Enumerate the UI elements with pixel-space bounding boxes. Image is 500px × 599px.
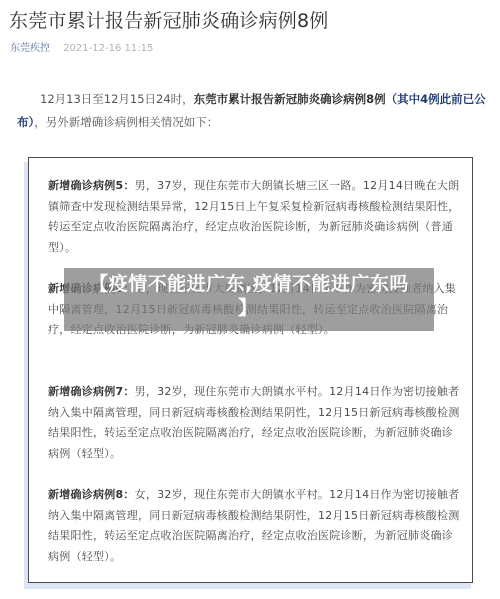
case-label: 新增确诊病例5： — [48, 179, 135, 192]
cases-card: 新增确诊病例5：男，37岁，现住东莞市大朗镇长塘三区一路。12月14日晚在大朗镇… — [28, 157, 473, 583]
publish-date: 2021-12-16 11:15 — [63, 43, 153, 54]
source-account-link[interactable]: 东莞疾控 — [10, 43, 50, 54]
intro-prefix: 12月13日至12月15日24时， — [40, 92, 194, 106]
article-title: 东莞市累计报告新冠肺炎确诊病例8例 — [9, 8, 329, 34]
headline-overlay-banner: 【疫情不能进广东,疫情不能进广东吗 】 — [64, 268, 434, 331]
case-item: 新增确诊病例5：男，37岁，现住东莞市大朗镇长塘三区一路。12月14日晚在大朗镇… — [48, 176, 463, 258]
intro-paragraph: 12月13日至12月15日24时，东莞市累计报告新冠肺炎确诊病例8例（其中4例此… — [17, 88, 491, 134]
case-item: 新增确诊病例7：男，32岁，现住东莞市大朗镇水平村。12月14日作为密切接触者纳… — [48, 382, 463, 464]
intro-suffix: ，另外新增确诊病例相关情况如下： — [34, 115, 218, 129]
case-item: 新增确诊病例8：女，32岁，现住东莞市大朗镇水平村。12月14日作为密切接触者纳… — [48, 485, 463, 567]
case-label: 新增确诊病例8： — [48, 488, 135, 501]
intro-headline-bold: 东莞市累计报告新冠肺炎确诊病例8例 — [194, 92, 386, 106]
overlay-headline-line1: 【疫情不能进广东,疫情不能进广东吗 — [64, 272, 434, 296]
overlay-headline-line2: 】 — [64, 296, 434, 320]
article-meta: 东莞疾控 2021-12-16 11:15 — [10, 42, 153, 56]
case-label: 新增确诊病例7： — [48, 385, 135, 398]
